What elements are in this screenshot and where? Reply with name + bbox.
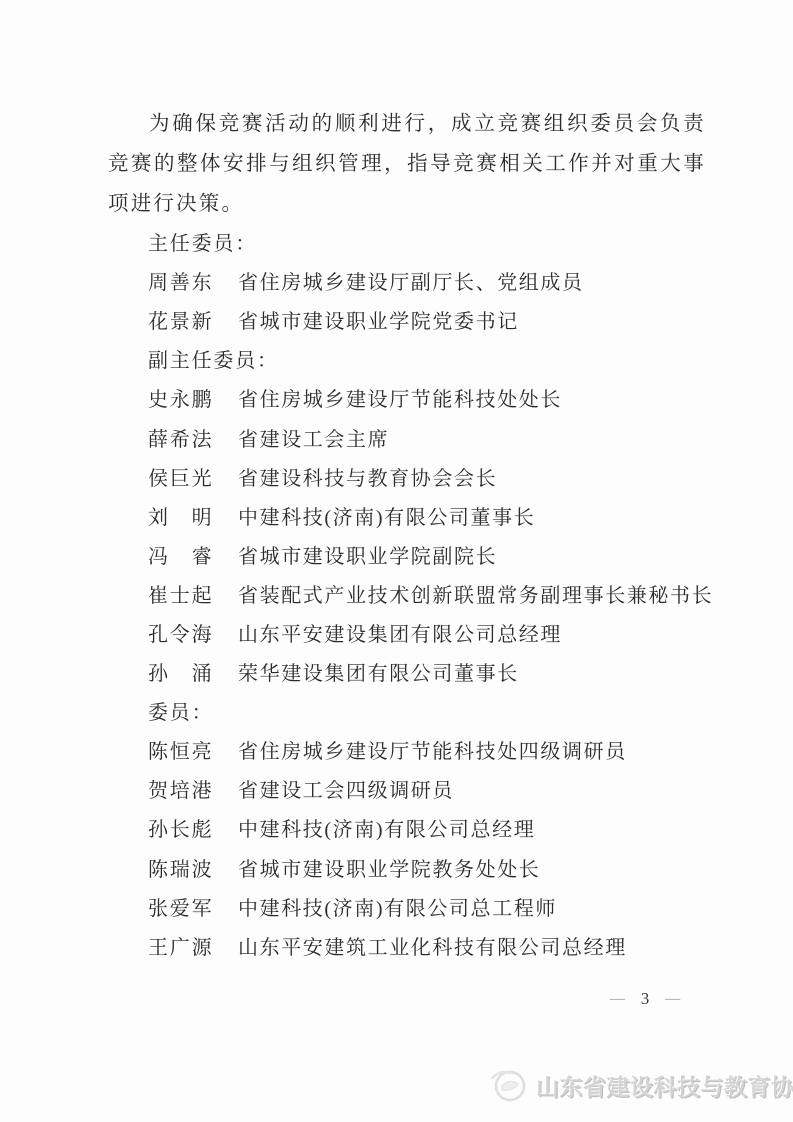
member-title: 中建科技(济南)有限公司总工程师 — [238, 892, 557, 921]
member-title: 省城市建设职业学院副院长 — [238, 540, 497, 569]
member-row: 陈恒亮 省住房城乡建设厅节能科技处四级调研员 — [108, 730, 728, 769]
brand-watermark-text: 山东省建设科技与教育协会 — [536, 1069, 793, 1102]
member-title: 中建科技(济南)有限公司董事长 — [238, 501, 535, 530]
page-number-value: 3 — [641, 989, 650, 1009]
member-title: 山东平安建筑工业化科技有限公司总经理 — [238, 931, 627, 960]
member-name: 贺培港 — [148, 774, 218, 803]
page-number-right-dash: — — [665, 991, 680, 1008]
member-name: 崔士起 — [148, 579, 218, 608]
member-row: 孔令海 山东平安建设集团有限公司总经理 — [108, 613, 728, 652]
member-row: 孙 涌 荣华建设集团有限公司董事长 — [108, 652, 728, 691]
member-row: 冯 睿 省城市建设职业学院副院长 — [108, 535, 728, 574]
member-name: 陈瑞波 — [148, 853, 218, 882]
member-name: 陈恒亮 — [148, 735, 218, 764]
member-row: 陈瑞波 省城市建设职业学院教务处处长 — [108, 848, 728, 887]
document-page: 为确保竞赛活动的顺利进行，成立竞赛组织委员会负责竞赛的整体安排与组织管理，指导竞… — [0, 0, 793, 1122]
member-row: 薛希法 省建设工会主席 — [108, 417, 728, 456]
member-name: 孙 涌 — [148, 657, 218, 686]
member-row: 花景新 省城市建设职业学院党委书记 — [108, 300, 728, 339]
member-title: 荣华建设集团有限公司董事长 — [238, 657, 519, 686]
member-title: 省住房城乡建设厅节能科技处四级调研员 — [238, 735, 627, 764]
member-title: 省建设工会主席 — [238, 423, 389, 452]
member-name: 冯 睿 — [148, 540, 218, 569]
member-row: 史永鹏 省住房城乡建设厅节能科技处处长 — [108, 378, 728, 417]
page-number: — 3 — — [583, 989, 707, 1009]
section-heading-vice-chair: 副主任委员： — [108, 339, 728, 378]
member-row: 贺培港 省建设工会四级调研员 — [108, 769, 728, 808]
member-title: 省住房城乡建设厅副厅长、党组成员 — [238, 266, 584, 295]
section-heading-chair: 主任委员： — [108, 222, 728, 261]
member-row: 刘 明 中建科技(济南)有限公司董事长 — [108, 496, 728, 535]
member-title: 省城市建设职业学院教务处处长 — [238, 853, 540, 882]
committee-roster: 主任委员： 周善东 省住房城乡建设厅副厅长、党组成员 花景新 省城市建设职业学院… — [108, 222, 728, 965]
intro-paragraph: 为确保竞赛活动的顺利进行，成立竞赛组织委员会负责竞赛的整体安排与组织管理，指导竞… — [108, 104, 706, 224]
member-name: 周善东 — [148, 266, 218, 295]
member-title: 中建科技(济南)有限公司总经理 — [238, 813, 535, 842]
member-row: 周善东 省住房城乡建设厅副厅长、党组成员 — [108, 261, 728, 300]
member-title: 省住房城乡建设厅节能科技处处长 — [238, 383, 562, 412]
member-title: 省建设工会四级调研员 — [238, 774, 454, 803]
member-name: 薛希法 — [148, 423, 218, 452]
member-row: 崔士起 省装配式产业技术创新联盟常务副理事长兼秘书长 — [108, 574, 728, 613]
member-title: 省城市建设职业学院党委书记 — [238, 305, 519, 334]
member-name: 史永鹏 — [148, 383, 218, 412]
member-row: 王广源 山东平安建筑工业化科技有限公司总经理 — [108, 926, 728, 965]
member-name: 孙长彪 — [148, 813, 218, 842]
association-logo-icon — [486, 1064, 530, 1106]
member-title: 山东平安建设集团有限公司总经理 — [238, 618, 562, 647]
member-title: 省装配式产业技术创新联盟常务副理事长兼秘书长 — [238, 579, 713, 608]
section-heading-members: 委员： — [108, 691, 728, 730]
member-name: 张爱军 — [148, 892, 218, 921]
member-name: 孔令海 — [148, 618, 218, 647]
member-name: 刘 明 — [148, 501, 218, 530]
member-row: 侯巨光 省建设科技与教育协会会长 — [108, 457, 728, 496]
brand-watermark: 山东省建设科技与教育协会 — [486, 1064, 793, 1106]
member-row: 孙长彪 中建科技(济南)有限公司总经理 — [108, 808, 728, 847]
member-name: 王广源 — [148, 931, 218, 960]
member-title: 省建设科技与教育协会会长 — [238, 462, 497, 491]
member-name: 花景新 — [148, 305, 218, 334]
member-row: 张爱军 中建科技(济南)有限公司总工程师 — [108, 887, 728, 926]
page-number-left-dash: — — [610, 991, 625, 1008]
member-name: 侯巨光 — [148, 462, 218, 491]
